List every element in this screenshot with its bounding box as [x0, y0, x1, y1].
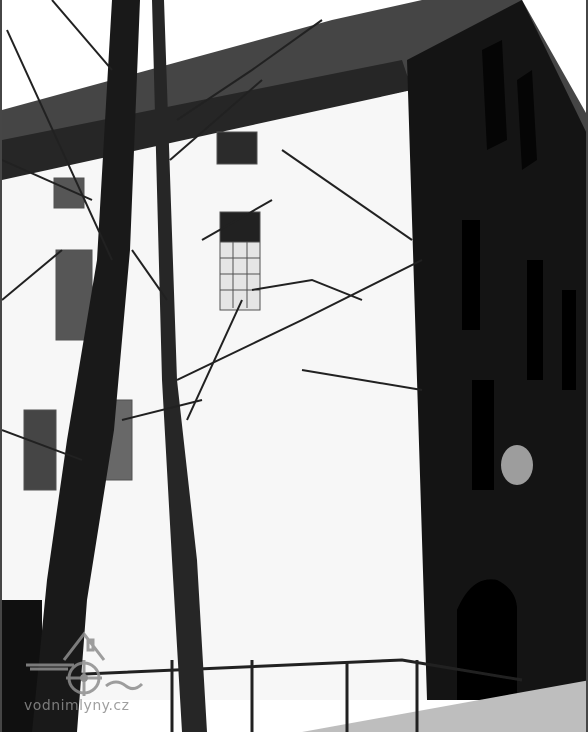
watermill-logo-icon [24, 620, 144, 700]
watermark-text: vodnimlyny.cz [24, 698, 129, 714]
photograph: vodnimlyny.cz [0, 0, 588, 732]
watermark: vodnimlyny.cz [24, 620, 164, 720]
